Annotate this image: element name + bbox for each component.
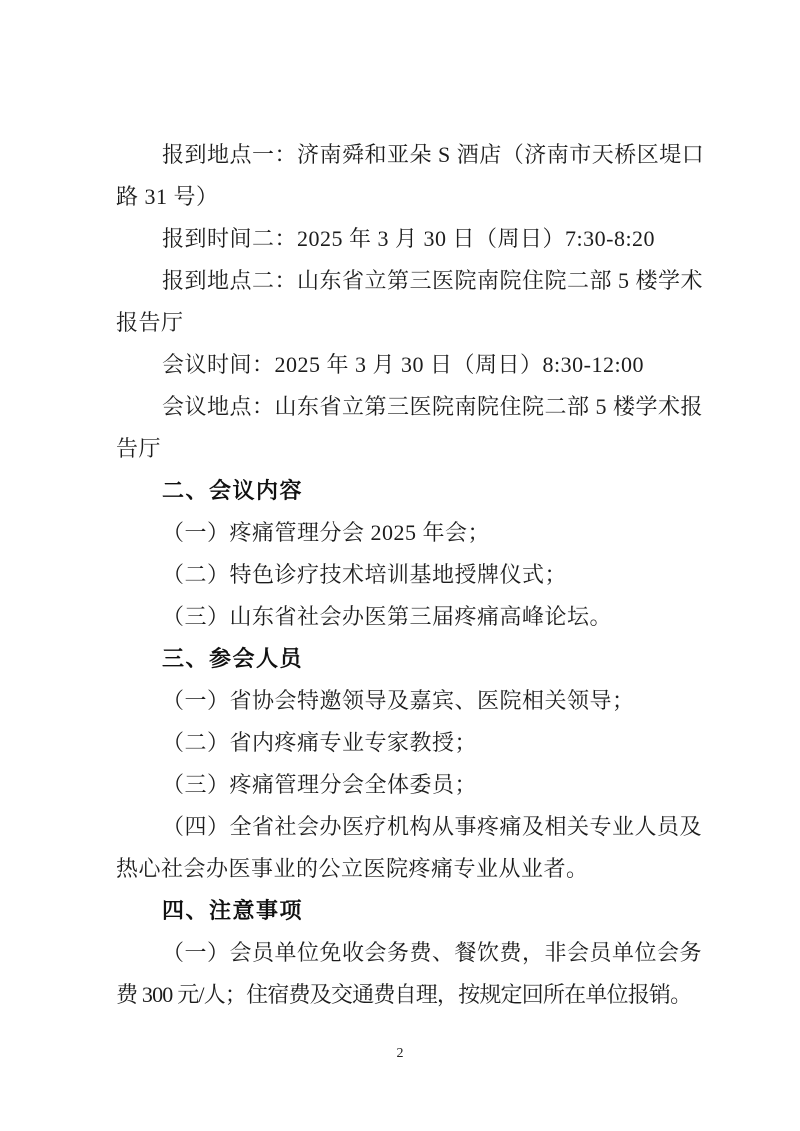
document-body: 报到地点一：济南舜和亚朵 S 酒店（济南市天桥区堤口 路 31 号） 报到时间二… [116, 134, 708, 1016]
document-page: 报到地点一：济南舜和亚朵 S 酒店（济南市天桥区堤口 路 31 号） 报到时间二… [0, 0, 800, 1131]
text-line: 会议时间：2025 年 3 月 30 日（周日）8:30-12:00 [116, 344, 708, 386]
text-line: （二）特色诊疗技术培训基地授牌仪式； [116, 554, 708, 596]
section-heading-meeting-content: 二、会议内容 [116, 470, 708, 512]
text-line: （三）山东省社会办医第三届疼痛高峰论坛。 [116, 596, 708, 638]
section-heading-notes: 四、注意事项 [116, 890, 708, 932]
text-line: 报到时间二：2025 年 3 月 30 日（周日）7:30-8:20 [116, 218, 708, 260]
text-line: （二）省内疼痛专业专家教授； [116, 722, 708, 764]
text-line: （一）疼痛管理分会 2025 年会； [116, 512, 708, 554]
text-line: 热心社会办医事业的公立医院疼痛专业从业者。 [116, 848, 708, 890]
text-line: （一）省协会特邀领导及嘉宾、医院相关领导； [116, 680, 708, 722]
text-line: 会议地点：山东省立第三医院南院住院二部 5 楼学术报 [116, 386, 708, 428]
text-line: （三）疼痛管理分会全体委员； [116, 764, 708, 806]
text-line: 费 300 元/人；住宿费及交通费自理，按规定回所在单位报销。 [116, 974, 708, 1016]
text-line: 报到地点二：山东省立第三医院南院住院二部 5 楼学术 [116, 260, 708, 302]
page-number: 2 [0, 1046, 800, 1062]
text-line: 报告厅 [116, 302, 708, 344]
text-line: （一）会员单位免收会务费、餐饮费，非会员单位会务 [116, 932, 708, 974]
text-line: 路 31 号） [116, 176, 708, 218]
text-line: 报到地点一：济南舜和亚朵 S 酒店（济南市天桥区堤口 [116, 134, 708, 176]
text-line: （四）全省社会办医疗机构从事疼痛及相关专业人员及 [116, 806, 708, 848]
section-heading-participants: 三、参会人员 [116, 638, 708, 680]
text-line: 告厅 [116, 428, 708, 470]
